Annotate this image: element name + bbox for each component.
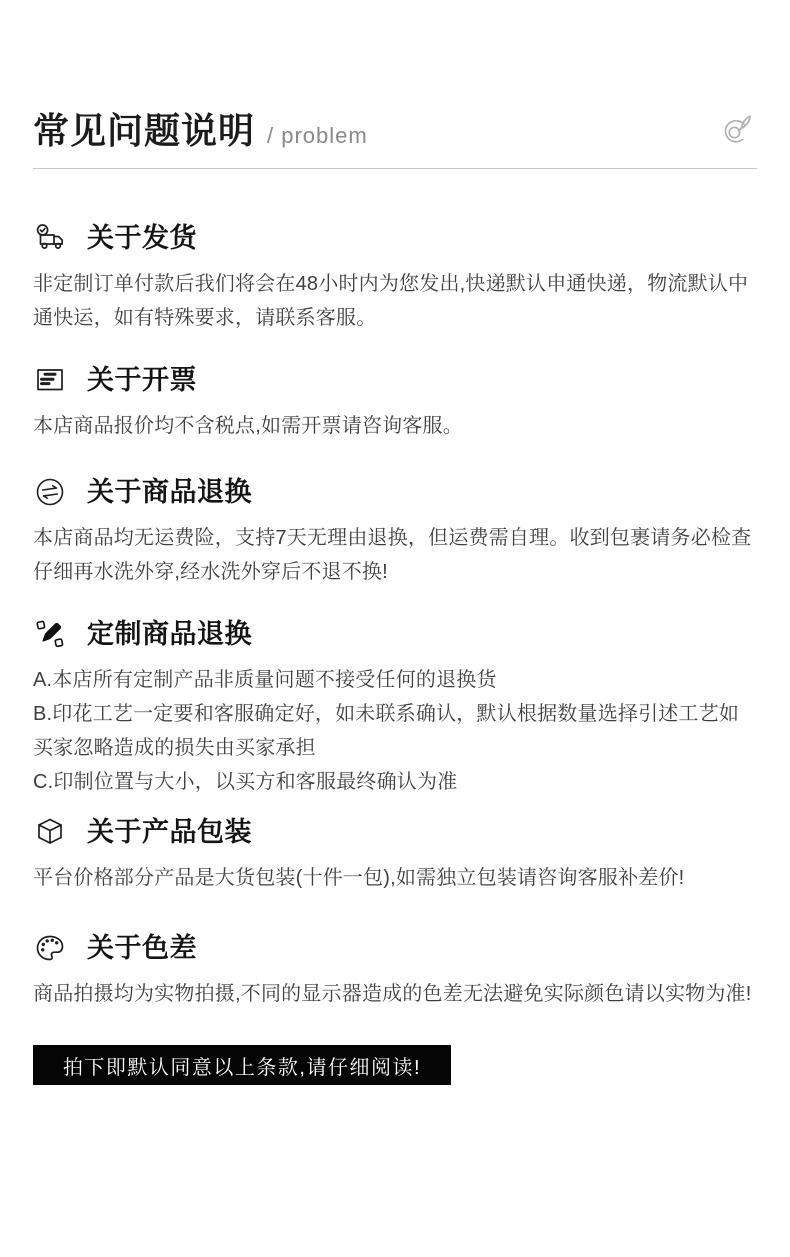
pen-icon bbox=[33, 617, 67, 651]
section-heading: 关于发货 bbox=[33, 221, 757, 255]
section-title: 关于开票 bbox=[87, 363, 197, 397]
title-row: 常见问题说明 / problem bbox=[33, 0, 757, 152]
palette-icon bbox=[33, 931, 67, 965]
brush-icon bbox=[715, 108, 757, 154]
section-heading: 关于产品包装 bbox=[33, 815, 757, 849]
faq-section: 关于色差 商品拍摄均为实物拍摄,不同的显示器造成的色差无法避免实际颜色请以实物为… bbox=[33, 931, 757, 1011]
faq-section: 定制商品退换 A.本店所有定制产品非质量问题不接受任何的退换货 B.印花工艺一定… bbox=[33, 617, 757, 799]
faq-section: 关于发货 非定制订单付款后我们将会在48小时内为您发出,快递默认申通快递，物流默… bbox=[33, 221, 757, 335]
header: 常见问题说明 / problem bbox=[33, 0, 757, 169]
section-heading: 关于商品退换 bbox=[33, 475, 757, 509]
section-heading: 关于开票 bbox=[33, 363, 757, 397]
truck-icon bbox=[33, 221, 67, 255]
faq-section: 关于商品退换 本店商品均无运费险，支持7天无理由退换，但运费需自理。收到包裹请务… bbox=[33, 475, 757, 589]
box-icon bbox=[33, 815, 67, 849]
section-title: 关于色差 bbox=[87, 931, 197, 965]
section-title: 关于商品退换 bbox=[87, 475, 252, 509]
section-body: 商品拍摄均为实物拍摄,不同的显示器造成的色差无法避免实际颜色请以实物为准! bbox=[33, 977, 757, 1011]
section-title: 关于产品包装 bbox=[87, 815, 252, 849]
section-body: A.本店所有定制产品非质量问题不接受任何的退换货 B.印花工艺一定要和客服确定好… bbox=[33, 663, 757, 799]
section-body: 本店商品均无运费险，支持7天无理由退换，但运费需自理。收到包裹请务必检查仔细再水… bbox=[33, 521, 757, 589]
invoice-icon bbox=[33, 363, 67, 397]
section-title: 定制商品退换 bbox=[87, 617, 252, 651]
section-heading: 定制商品退换 bbox=[33, 617, 757, 651]
agreement-button[interactable]: 拍下即默认同意以上条款,请仔细阅读! bbox=[33, 1045, 451, 1085]
section-title: 关于发货 bbox=[87, 221, 197, 255]
faq-panel: 常见问题说明 / problem 关于发货 非定制订单付款后我们将会在48小时内… bbox=[0, 0, 790, 1085]
section-body: 本店商品报价均不含税点,如需开票请咨询客服。 bbox=[33, 409, 757, 443]
title-divider bbox=[33, 168, 757, 169]
faq-section: 关于开票 本店商品报价均不含税点,如需开票请咨询客服。 bbox=[33, 363, 757, 443]
page-subtitle: / problem bbox=[267, 123, 368, 149]
section-body: 非定制订单付款后我们将会在48小时内为您发出,快递默认申通快递，物流默认中通快运… bbox=[33, 267, 757, 335]
exchange-icon bbox=[33, 475, 67, 509]
faq-sections: 关于发货 非定制订单付款后我们将会在48小时内为您发出,快递默认申通快递，物流默… bbox=[33, 221, 757, 1011]
faq-section: 关于产品包装 平台价格部分产品是大货包装(十件一包),如需独立包装请咨询客服补差… bbox=[33, 815, 757, 895]
page-title: 常见问题说明 bbox=[33, 110, 255, 152]
section-body: 平台价格部分产品是大货包装(十件一包),如需独立包装请咨询客服补差价! bbox=[33, 861, 757, 895]
section-heading: 关于色差 bbox=[33, 931, 757, 965]
